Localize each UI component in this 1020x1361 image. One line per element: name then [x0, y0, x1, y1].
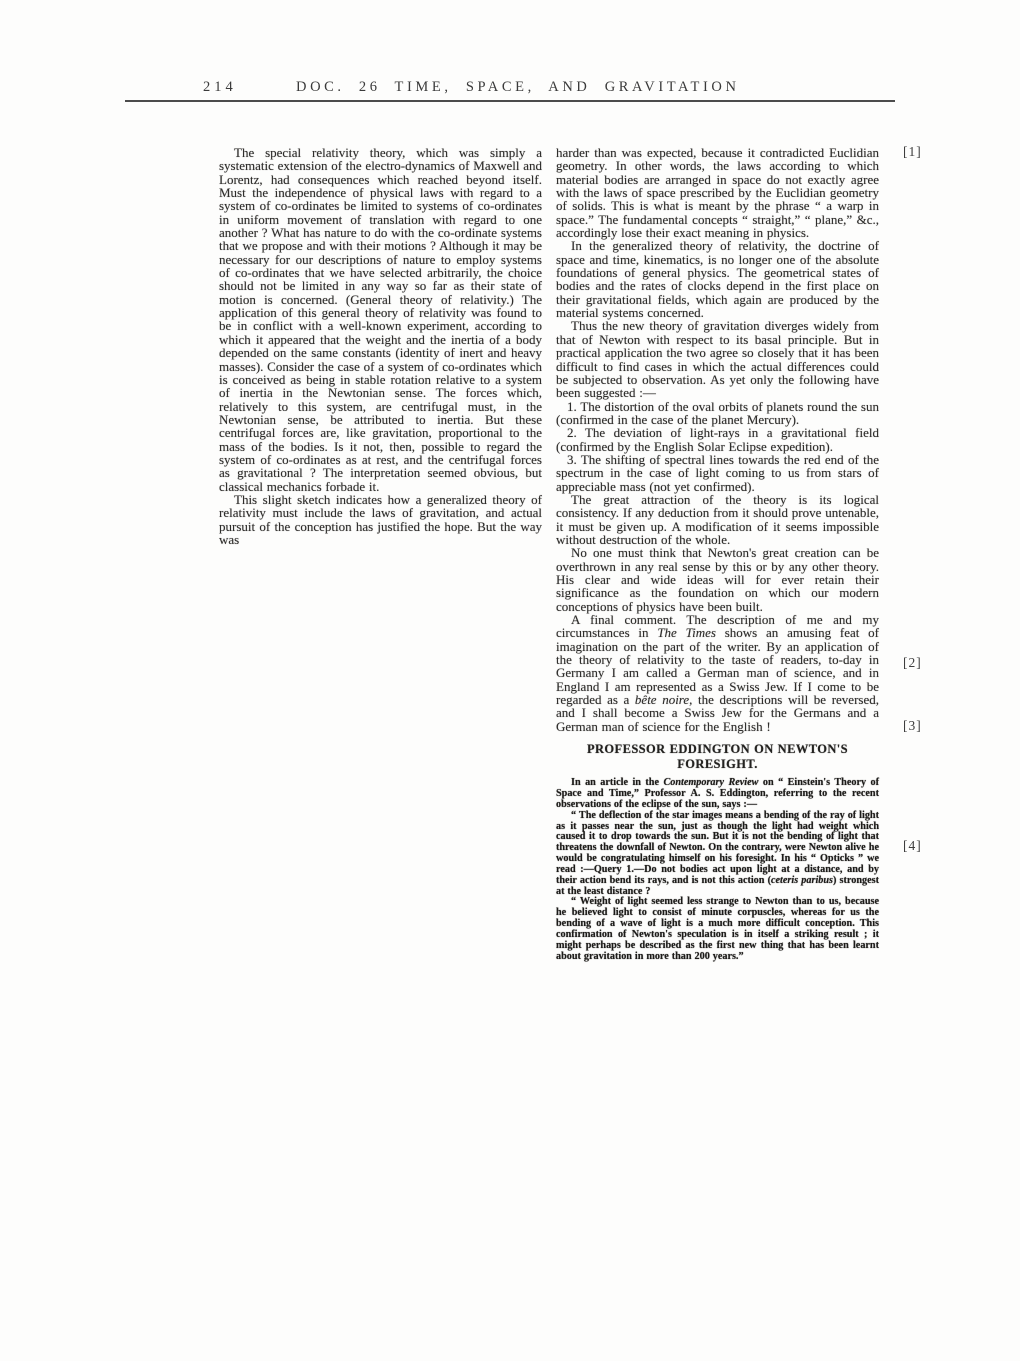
section-heading-line1: PROFESSOR EDDINGTON ON NEWTON'S — [556, 742, 879, 757]
margin-note-2: [2] — [903, 655, 922, 671]
paragraph: “ Weight of light seemed less strange to… — [556, 897, 879, 962]
paragraph: The great attraction of the theory is it… — [556, 493, 879, 546]
numbered-item: 2. The deviation of light-rays in a grav… — [556, 426, 879, 453]
margin-note-3: [3] — [903, 718, 922, 734]
paragraph: In the generalized theory of relativity,… — [556, 239, 879, 319]
paragraph-text: In an article in the — [571, 777, 663, 788]
paragraph: harder than was expected, because it con… — [556, 146, 879, 239]
numbered-item: 3. The shifting of spectral lines toward… — [556, 453, 879, 493]
section-heading-line2: FORESIGHT. — [556, 757, 879, 772]
paragraph: No one must think that Newton's great cr… — [556, 546, 879, 613]
paragraph: The special relativity theory, which was… — [219, 146, 542, 493]
paragraph: In an article in the Contemporary Review… — [556, 778, 879, 811]
italic-title: Contemporary Review — [663, 777, 758, 788]
left-column: The special relativity theory, which was… — [219, 146, 542, 546]
numbered-item: 1. The distortion of the oval orbits of … — [556, 400, 879, 427]
page-number: 214 — [203, 79, 237, 96]
scanned-document-page: 214 DOC. 26 TIME, SPACE, AND GRAVITATION… — [0, 0, 1020, 1361]
margin-note-4: [4] — [903, 838, 922, 854]
margin-note-1: [1] — [903, 144, 922, 160]
right-column: harder than was expected, because it con… — [556, 146, 879, 962]
header-rule — [125, 100, 895, 102]
quoted-article-text: In an article in the Contemporary Review… — [556, 778, 879, 962]
paragraph: “ The deflection of the star images mean… — [556, 811, 879, 898]
italic-phrase: ceteris paribus — [771, 875, 833, 886]
section-heading: PROFESSOR EDDINGTON ON NEWTON'S FORESIGH… — [556, 742, 879, 772]
paragraph: This slight sketch indicates how a gener… — [219, 493, 542, 546]
running-title: DOC. 26 TIME, SPACE, AND GRAVITATION — [296, 79, 740, 96]
paragraph: A final comment. The description of me a… — [556, 613, 879, 733]
paragraph: Thus the new theory of gravitation diver… — [556, 319, 879, 399]
